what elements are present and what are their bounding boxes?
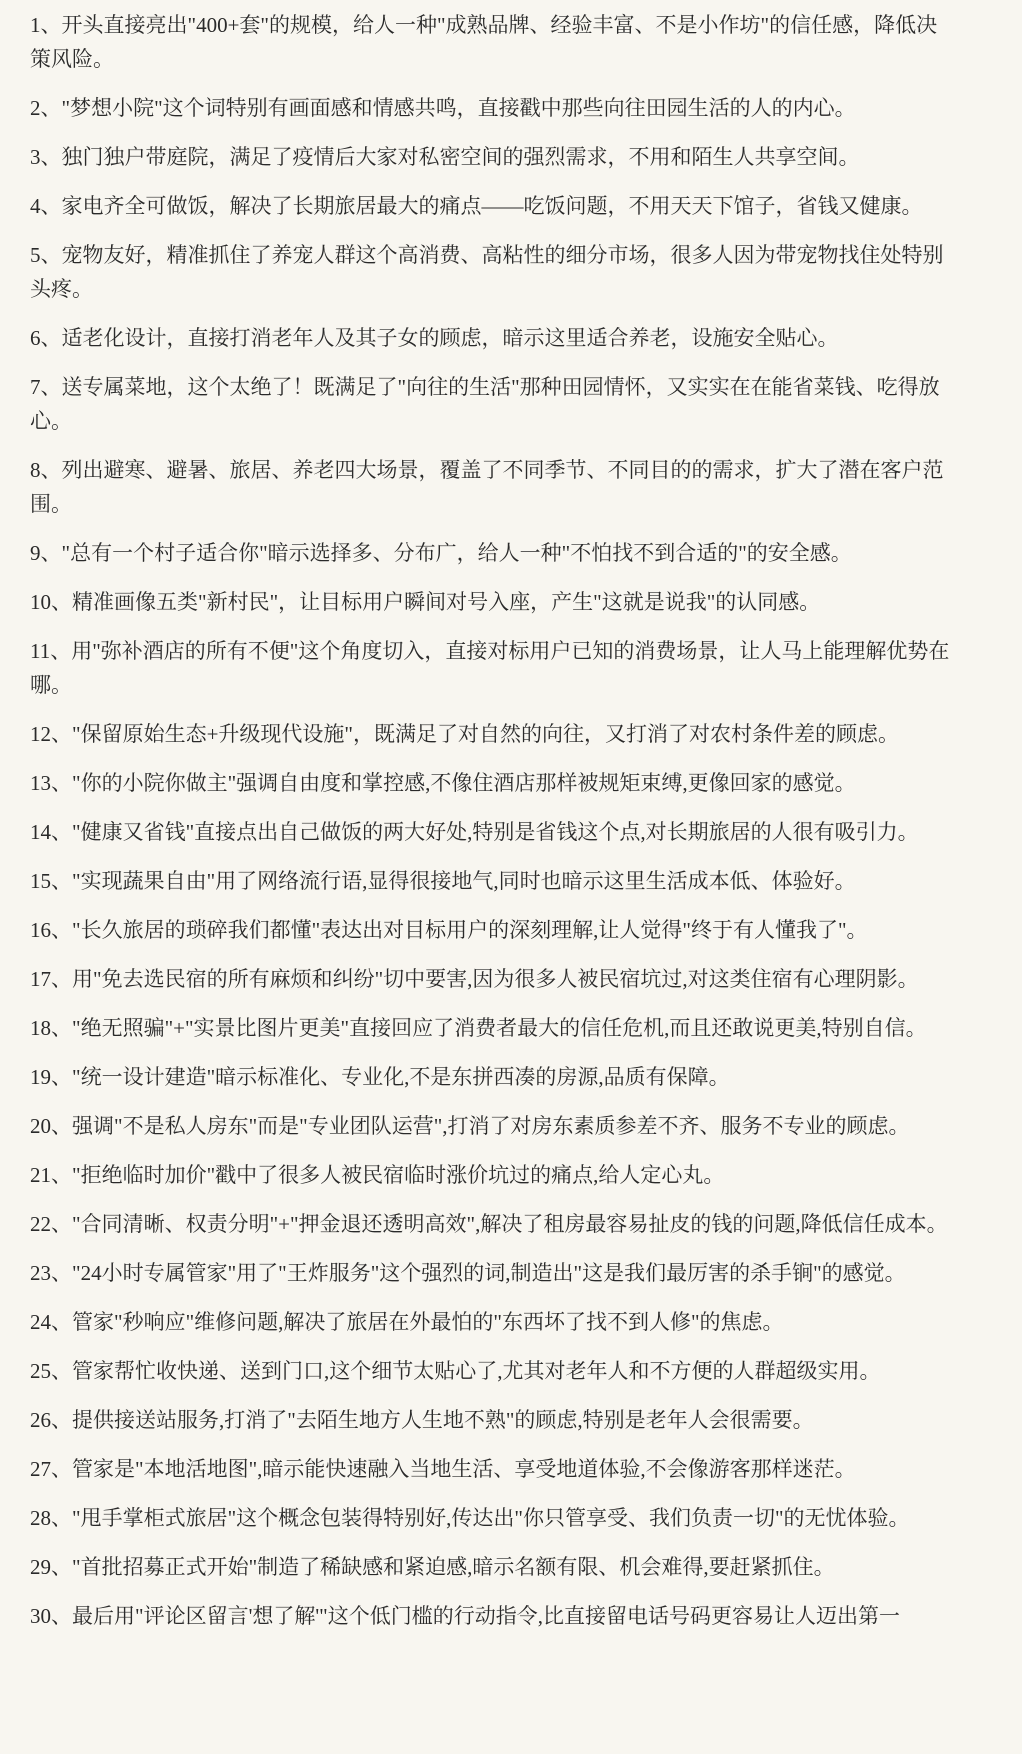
item-number: 17、 — [30, 967, 72, 991]
item-number: 1、 — [30, 13, 62, 37]
item-number: 25、 — [30, 1359, 72, 1383]
list-item: 28、"甩手掌柜式旅居"这个概念包装得特别好,传达出"你只管享受、我们负责一切"… — [30, 1501, 952, 1535]
item-text: "统一设计建造"暗示标准化、专业化,不是东拼西凑的房源,品质有保障。 — [72, 1065, 730, 1089]
list-item: 4、家电齐全可做饭，解决了长期旅居最大的痛点——吃饭问题，不用天天下馆子，省钱又… — [30, 189, 952, 223]
list-item: 20、强调"不是私人房东"而是"专业团队运营",打消了对房东素质参差不齐、服务不… — [30, 1109, 952, 1143]
item-number: 11、 — [30, 639, 71, 663]
item-number: 3、 — [30, 145, 62, 169]
item-text: "拒绝临时加价"戳中了很多人被民宿临时涨价坑过的痛点,给人定心丸。 — [72, 1163, 724, 1187]
item-text: "保留原始生态+升级现代设施"，既满足了对自然的向往，又打消了对农村条件差的顾虑… — [72, 722, 899, 746]
list-item: 10、精准画像五类"新村民"，让目标用户瞬间对号入座，产生"这就是说我"的认同感… — [30, 585, 952, 619]
item-text: 宠物友好，精准抓住了养宠人群这个高消费、高粘性的细分市场，很多人因为带宠物找住处… — [30, 243, 944, 301]
list-item: 16、"长久旅居的琐碎我们都懂"表达出对目标用户的深刻理解,让人觉得"终于有人懂… — [30, 913, 952, 947]
item-number: 19、 — [30, 1065, 72, 1089]
item-number: 2、 — [30, 96, 62, 120]
list-item: 18、"绝无照骗"+"实景比图片更美"直接回应了消费者最大的信任危机,而且还敢说… — [30, 1011, 952, 1045]
list-item: 19、"统一设计建造"暗示标准化、专业化,不是东拼西凑的房源,品质有保障。 — [30, 1060, 952, 1094]
item-text: "绝无照骗"+"实景比图片更美"直接回应了消费者最大的信任危机,而且还敢说更美,… — [72, 1016, 927, 1040]
item-text: 精准画像五类"新村民"，让目标用户瞬间对号入座，产生"这就是说我"的认同感。 — [72, 590, 820, 614]
item-number: 21、 — [30, 1163, 72, 1187]
item-number: 18、 — [30, 1016, 72, 1040]
item-number: 29、 — [30, 1555, 72, 1579]
list-item: 2、"梦想小院"这个词特别有画面感和情感共鸣，直接戳中那些向往田园生活的人的内心… — [30, 91, 952, 125]
list-item: 8、列出避寒、避暑、旅居、养老四大场景，覆盖了不同季节、不同目的的需求，扩大了潜… — [30, 453, 952, 521]
item-number: 7、 — [30, 375, 62, 399]
list-item: 30、最后用"评论区留言'想了解'"这个低门槛的行动指令,比直接留电话号码更容易… — [30, 1599, 952, 1633]
list-item: 6、适老化设计，直接打消老年人及其子女的顾虑，暗示这里适合养老，设施安全贴心。 — [30, 321, 952, 355]
item-text: 管家"秒响应"维修问题,解决了旅居在外最怕的"东西坏了找不到人修"的焦虑。 — [72, 1310, 784, 1334]
list-item: 23、"24小时专属管家"用了"王炸服务"这个强烈的词,制造出"这是我们最厉害的… — [30, 1256, 952, 1290]
item-number: 4、 — [30, 194, 62, 218]
item-text: "首批招募正式开始"制造了稀缺感和紧迫感,暗示名额有限、机会难得,要赶紧抓住。 — [72, 1555, 835, 1579]
item-text: 提供接送站服务,打消了"去陌生地方人生地不熟"的顾虑,特别是老年人会很需要。 — [72, 1408, 814, 1432]
item-text: "实现蔬果自由"用了网络流行语,显得很接地气,同时也暗示这里生活成本低、体验好。 — [72, 869, 856, 893]
item-number: 28、 — [30, 1506, 72, 1530]
item-text: 开头直接亮出"400+套"的规模，给人一种"成熟品牌、经验丰富、不是小作坊"的信… — [30, 13, 937, 71]
item-text: "24小时专属管家"用了"王炸服务"这个强烈的词,制造出"这是我们最厉害的杀手锏… — [72, 1261, 906, 1285]
item-text: 用"免去选民宿的所有麻烦和纠纷"切中要害,因为很多人被民宿坑过,对这类住宿有心理… — [72, 967, 919, 991]
item-text: 用"弥补酒店的所有不便"这个角度切入，直接对标用户已知的消费场景，让人马上能理解… — [30, 639, 949, 697]
list-item: 14、"健康又省钱"直接点出自己做饭的两大好处,特别是省钱这个点,对长期旅居的人… — [30, 815, 952, 849]
item-number: 22、 — [30, 1212, 72, 1236]
item-number: 16、 — [30, 918, 72, 942]
list-item: 17、用"免去选民宿的所有麻烦和纠纷"切中要害,因为很多人被民宿坑过,对这类住宿… — [30, 962, 952, 996]
item-number: 14、 — [30, 820, 72, 844]
list-item: 1、开头直接亮出"400+套"的规模，给人一种"成熟品牌、经验丰富、不是小作坊"… — [30, 8, 952, 76]
item-number: 5、 — [30, 243, 62, 267]
item-text: 管家帮忙收快递、送到门口,这个细节太贴心了,尤其对老年人和不方便的人群超级实用。 — [72, 1359, 881, 1383]
list-item: 29、"首批招募正式开始"制造了稀缺感和紧迫感,暗示名额有限、机会难得,要赶紧抓… — [30, 1550, 952, 1584]
item-number: 8、 — [30, 458, 62, 482]
list-item: 7、送专属菜地，这个太绝了！既满足了"向往的生活"那种田园情怀，又实实在在能省菜… — [30, 370, 952, 438]
item-number: 13、 — [30, 771, 72, 795]
list-item: 22、"合同清晰、权责分明"+"押金退还透明高效",解决了租房最容易扯皮的钱的问… — [30, 1207, 952, 1241]
item-text: "总有一个村子适合你"暗示选择多、分布广，给人一种"不怕找不到合适的"的安全感。 — [62, 541, 852, 565]
item-number: 23、 — [30, 1261, 72, 1285]
item-number: 12、 — [30, 722, 72, 746]
list-item: 15、"实现蔬果自由"用了网络流行语,显得很接地气,同时也暗示这里生活成本低、体… — [30, 864, 952, 898]
item-text: 独门独户带庭院，满足了疫情后大家对私密空间的强烈需求，不用和陌生人共享空间。 — [62, 145, 860, 169]
item-number: 26、 — [30, 1408, 72, 1432]
document-page: 1、开头直接亮出"400+套"的规模，给人一种"成熟品牌、经验丰富、不是小作坊"… — [0, 0, 1022, 1754]
item-text: 管家是"本地活地图",暗示能快速融入当地生活、享受地道体验,不会像游客那样迷茫。 — [72, 1457, 856, 1481]
list-item: 13、"你的小院你做主"强调自由度和掌控感,不像住酒店那样被规矩束缚,更像回家的… — [30, 766, 952, 800]
list-item: 12、"保留原始生态+升级现代设施"，既满足了对自然的向往，又打消了对农村条件差… — [30, 717, 952, 751]
item-text: 最后用"评论区留言'想了解'"这个低门槛的行动指令,比直接留电话号码更容易让人迈… — [72, 1604, 900, 1628]
item-number: 6、 — [30, 326, 62, 350]
item-text: "健康又省钱"直接点出自己做饭的两大好处,特别是省钱这个点,对长期旅居的人很有吸… — [72, 820, 919, 844]
list-item: 3、独门独户带庭院，满足了疫情后大家对私密空间的强烈需求，不用和陌生人共享空间。 — [30, 140, 952, 174]
list-item: 25、管家帮忙收快递、送到门口,这个细节太贴心了,尤其对老年人和不方便的人群超级… — [30, 1354, 952, 1388]
item-number: 30、 — [30, 1604, 72, 1628]
list-item: 27、管家是"本地活地图",暗示能快速融入当地生活、享受地道体验,不会像游客那样… — [30, 1452, 952, 1486]
item-number: 27、 — [30, 1457, 72, 1481]
item-text: "你的小院你做主"强调自由度和掌控感,不像住酒店那样被规矩束缚,更像回家的感觉。 — [72, 771, 856, 795]
item-text: "甩手掌柜式旅居"这个概念包装得特别好,传达出"你只管享受、我们负责一切"的无忧… — [72, 1506, 910, 1530]
item-text: 送专属菜地，这个太绝了！既满足了"向往的生活"那种田园情怀，又实实在在能省菜钱、… — [30, 375, 940, 433]
list-item: 9、"总有一个村子适合你"暗示选择多、分布广，给人一种"不怕找不到合适的"的安全… — [30, 536, 952, 570]
item-text: "梦想小院"这个词特别有画面感和情感共鸣，直接戳中那些向往田园生活的人的内心。 — [62, 96, 856, 120]
item-text: 列出避寒、避暑、旅居、养老四大场景，覆盖了不同季节、不同目的的需求，扩大了潜在客… — [30, 458, 944, 516]
item-text: 强调"不是私人房东"而是"专业团队运营",打消了对房东素质参差不齐、服务不专业的… — [72, 1114, 910, 1138]
item-text: "合同清晰、权责分明"+"押金退还透明高效",解决了租房最容易扯皮的钱的问题,降… — [72, 1212, 948, 1236]
item-text: 适老化设计，直接打消老年人及其子女的顾虑，暗示这里适合养老，设施安全贴心。 — [62, 326, 839, 350]
list-item: 21、"拒绝临时加价"戳中了很多人被民宿临时涨价坑过的痛点,给人定心丸。 — [30, 1158, 952, 1192]
item-number: 20、 — [30, 1114, 72, 1138]
item-number: 10、 — [30, 590, 72, 614]
item-text: "长久旅居的琐碎我们都懂"表达出对目标用户的深刻理解,让人觉得"终于有人懂我了"… — [72, 918, 868, 942]
item-text: 家电齐全可做饭，解决了长期旅居最大的痛点——吃饭问题，不用天天下馆子，省钱又健康… — [62, 194, 923, 218]
item-number: 15、 — [30, 869, 72, 893]
item-number: 9、 — [30, 541, 62, 565]
item-number: 24、 — [30, 1310, 72, 1334]
list-item: 11、用"弥补酒店的所有不便"这个角度切入，直接对标用户已知的消费场景，让人马上… — [30, 634, 952, 702]
list-item: 26、提供接送站服务,打消了"去陌生地方人生地不熟"的顾虑,特别是老年人会很需要… — [30, 1403, 952, 1437]
list-item: 5、宠物友好，精准抓住了养宠人群这个高消费、高粘性的细分市场，很多人因为带宠物找… — [30, 238, 952, 306]
list-item: 24、管家"秒响应"维修问题,解决了旅居在外最怕的"东西坏了找不到人修"的焦虑。 — [30, 1305, 952, 1339]
